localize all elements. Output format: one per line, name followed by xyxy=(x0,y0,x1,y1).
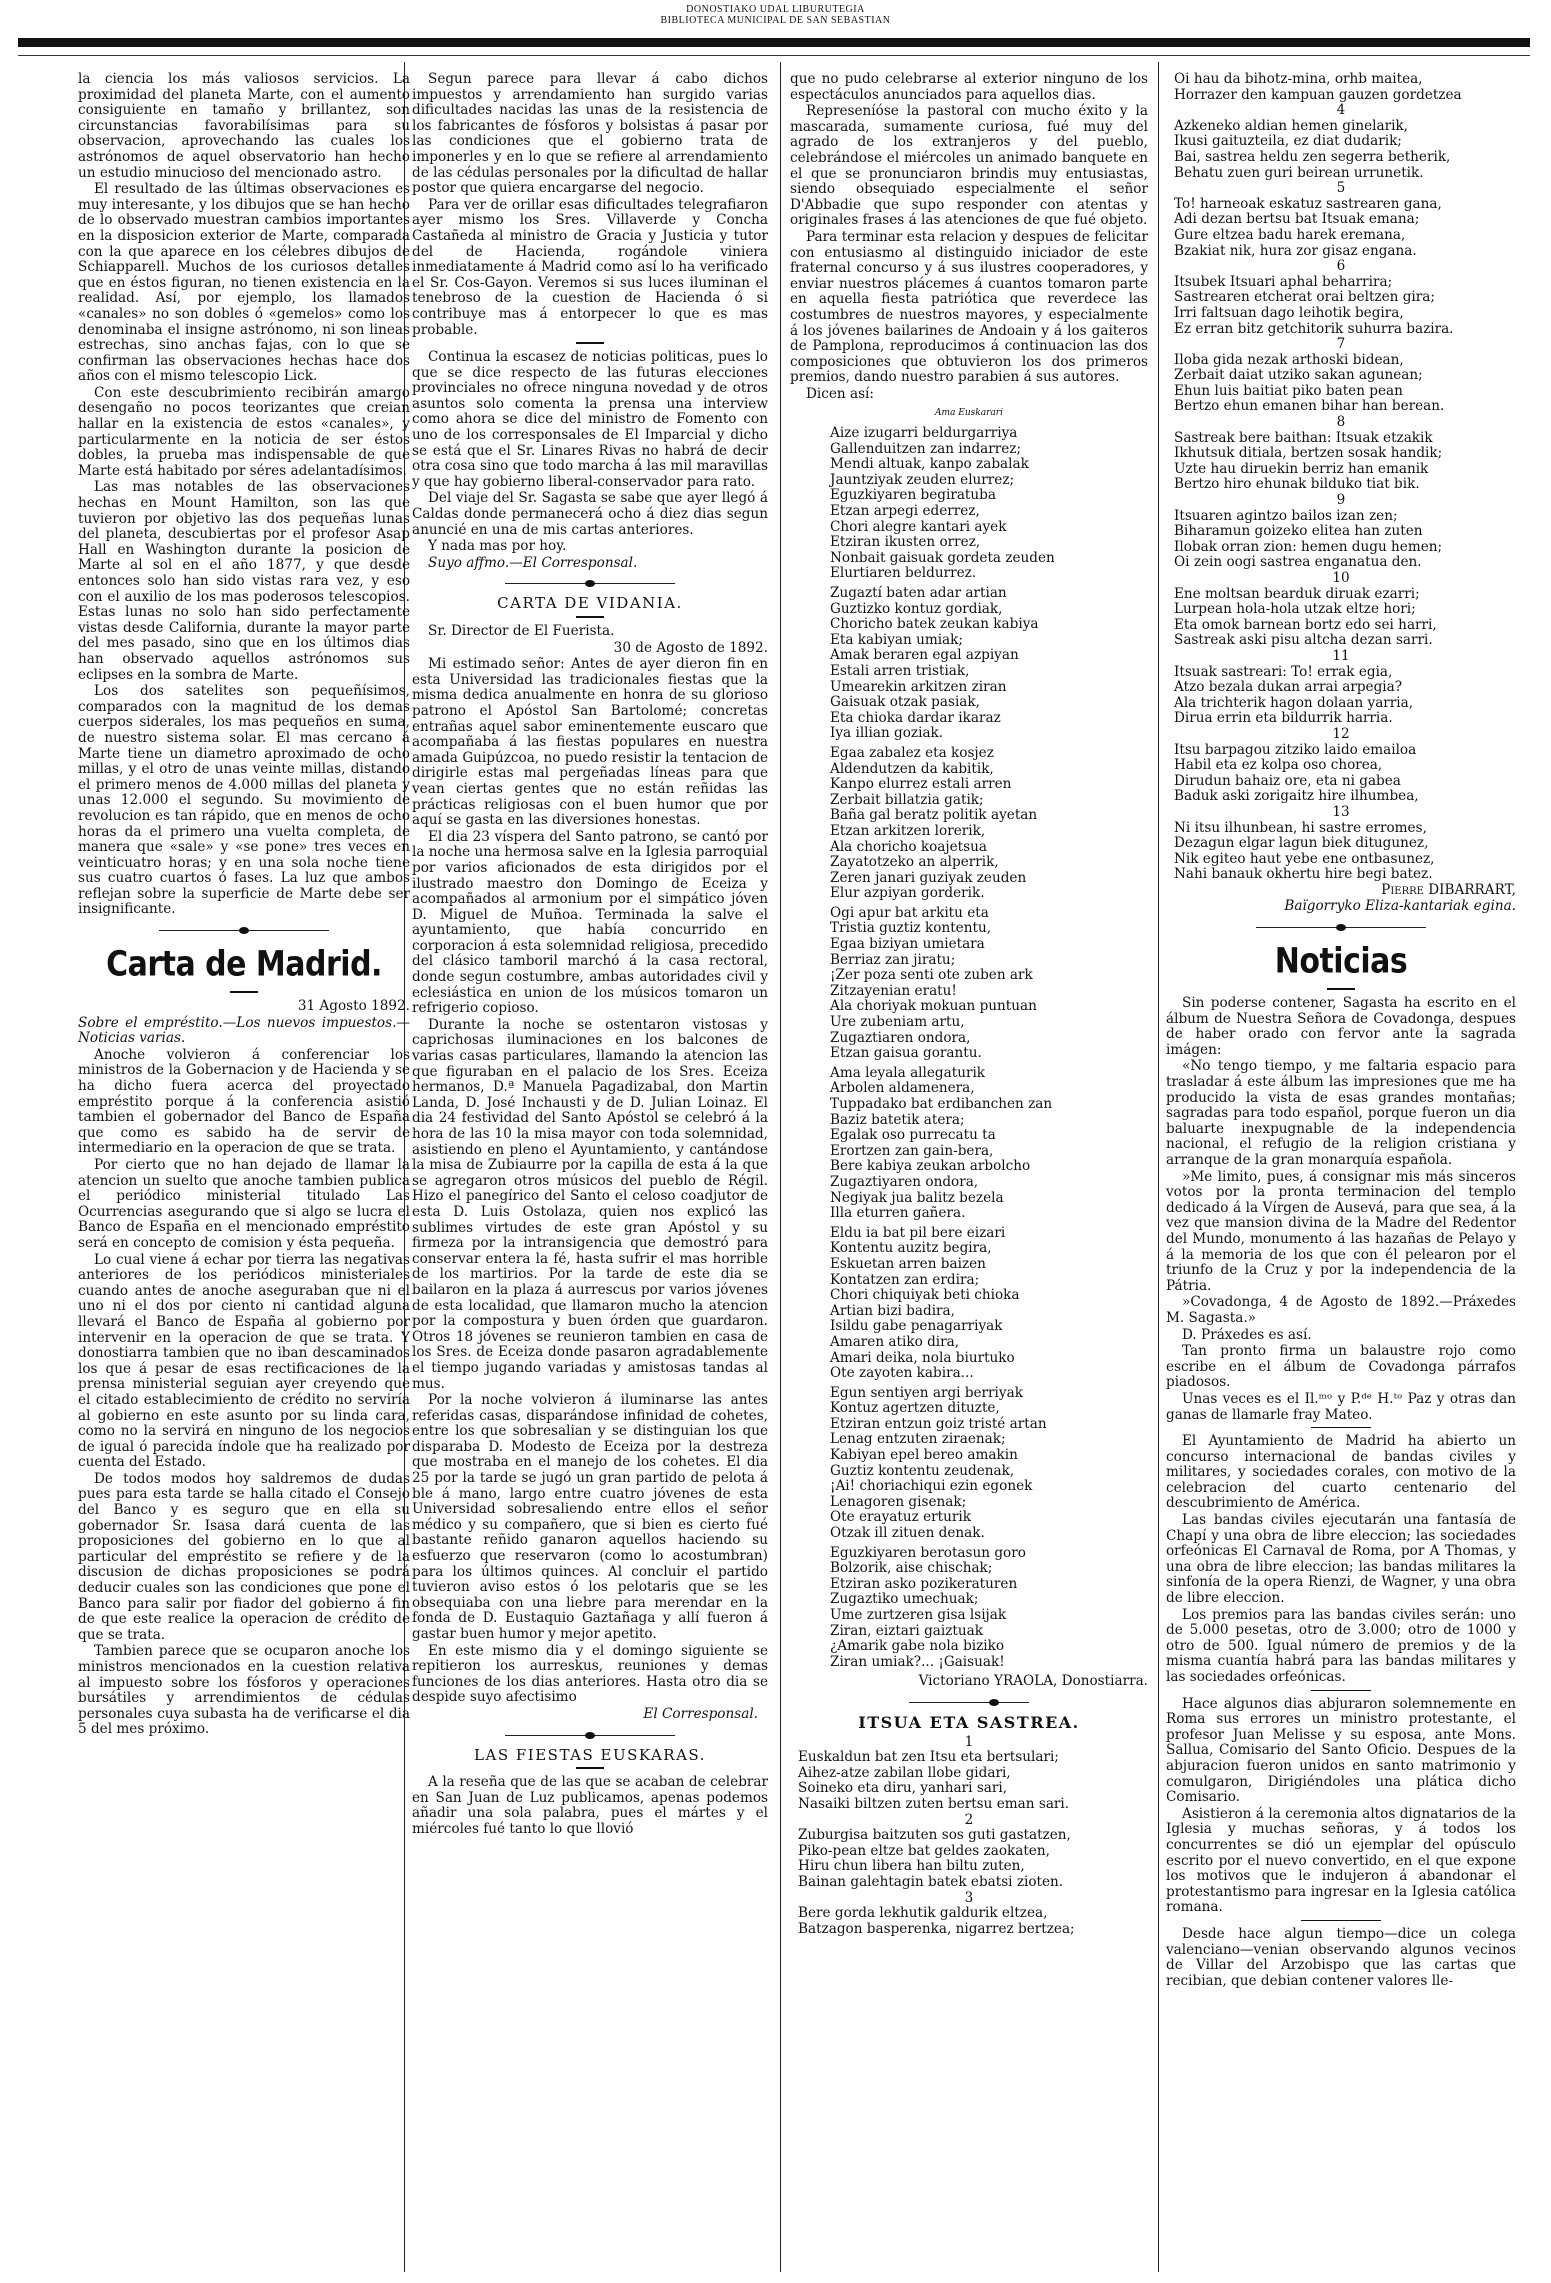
poem-line: Elurtiaren beldurrez. xyxy=(790,566,1148,582)
poem-line: Adi dezan bertsu bat Itsuak emana; xyxy=(1166,212,1516,228)
poem-line: ¿Amarik gabe nola biziko xyxy=(790,1639,1148,1655)
poem-line: Ala choricho koajetsua xyxy=(790,840,1148,856)
short-rule xyxy=(576,342,604,344)
poem-line: Batzagon basperenka, nigarrez bertzea; xyxy=(790,1922,1148,1938)
poem-line: Atzo bezala dukan arrai arpegia? xyxy=(1166,680,1516,696)
poem-line: Ikusi gaituzteila, ez diat dudarik; xyxy=(1166,134,1516,150)
poem-line: Etziran entzun goiz tristé artan xyxy=(790,1417,1148,1433)
poem-line: Zitzayenian eratu! xyxy=(790,984,1148,1000)
poem-line: Baña gal beratz politik ayetan xyxy=(790,808,1148,824)
ornament-divider xyxy=(1256,927,1426,928)
poem-line: Chori alegre kantari ayek xyxy=(790,520,1148,536)
poem-itsua-eta-sastrea-continued: Oi hau da bihotz-mina, orhb maitea,Horra… xyxy=(1166,72,1516,883)
poem-line: Ala trichterik hagon dolaan yarria, xyxy=(1166,696,1516,712)
ornament-divider xyxy=(159,930,329,931)
paragraph: que no pudo celebrarse al exterior ningu… xyxy=(790,72,1148,103)
stanza-number: 11 xyxy=(1166,649,1516,665)
poem-line: Bainan galehtagin batek ebatsi zioten. xyxy=(790,1875,1148,1891)
paragraph: »Covadonga, 4 de Agosto de 1892.—Práxede… xyxy=(1166,1295,1516,1326)
paragraph: Por cierto que no han dejado de llamar l… xyxy=(78,1158,410,1252)
paragraph: Con este descubrimiento recibirán amargo… xyxy=(78,386,410,480)
poem-line: Amaren atiko dira, xyxy=(790,1335,1148,1351)
paragraph: Para ver de orillar esas dificultades te… xyxy=(412,198,768,338)
short-rule xyxy=(1301,1920,1381,1921)
paragraph: Tambien parece que se ocuparon anoche lo… xyxy=(78,1644,410,1738)
poem-heading-itsua-eta-sastrea: ITSUA ETA SASTREA. xyxy=(790,1715,1148,1731)
poem-line: Etzan gaisua gorantu. xyxy=(790,1046,1148,1062)
poem-line: Dezagun elgar lagun biek ditugunez, xyxy=(1166,836,1516,852)
stanza-number: 5 xyxy=(1166,181,1516,197)
poem-line: Eldu ia bat pil bere eizari xyxy=(790,1226,1148,1242)
archive-name-basque: DONOSTIAKO UDAL LIBURUTEGIA xyxy=(0,4,1551,15)
poem-line: Tristia guztiz kontentu, xyxy=(790,921,1148,937)
poem-line: Egalak oso purrecatu ta xyxy=(790,1128,1148,1144)
poem-line: Oi zein oogi sastrea enganatua den. xyxy=(1166,555,1516,571)
ornament-divider xyxy=(909,1702,1029,1703)
paragraph: la ciencia los más valiosos servicios. L… xyxy=(78,72,410,181)
poem-line: Etziran ikusten orrez, xyxy=(790,535,1148,551)
poem-line: Zerbait daiat utziko sakan agunean; xyxy=(1166,368,1516,384)
paragraph: El dia 23 víspera del Santo patrono, se … xyxy=(412,830,768,1017)
poem-line: Ni itsu ilhunbean, hi sastre erromes, xyxy=(1166,821,1516,837)
poem-line: Jauntziyak zeuden elurrez; xyxy=(790,473,1148,489)
poem-line: Ogi apur bat arkitu eta xyxy=(790,906,1148,922)
poem-line: Habil eta ez kolpa oso chorea, xyxy=(1166,758,1516,774)
poem-line: Ehun luis baitiat piko baten pean xyxy=(1166,384,1516,400)
poem-line: Artian bizi badira, xyxy=(790,1304,1148,1320)
poem-line: Ote zayoten kabira... xyxy=(790,1366,1148,1382)
poem-line: Berriaz zan jiratu; xyxy=(790,953,1148,969)
poem-line: Chori chiquiyak beti chioka xyxy=(790,1288,1148,1304)
poem-line: Azkeneko aldian hemen ginelarik, xyxy=(1166,119,1516,135)
poem-line: Zayatotzeko an alperrik, xyxy=(790,855,1148,871)
poem-line: Amak beraren egal azpiyan xyxy=(790,648,1148,664)
paragraph: Dicen así: xyxy=(790,387,1148,403)
ornament-divider xyxy=(505,583,675,584)
dateline: 30 de Agosto de 1892. xyxy=(412,641,768,657)
poem-line: Piko-pean eltze bat geldes zaokaten, xyxy=(790,1844,1148,1860)
paragraph: Lo cual viene á echar por tierra las neg… xyxy=(78,1253,410,1471)
poem-line: Ala choriyak mokuan puntuan xyxy=(790,999,1148,1015)
stanza-number: 3 xyxy=(790,1891,1148,1907)
poem-line: Etzan arkitzen lorerik, xyxy=(790,824,1148,840)
poem-line: Horrazer den kampuan gauzen gordetzea xyxy=(1166,88,1516,104)
dateline: 31 Agosto 1892. xyxy=(78,999,410,1015)
poem-line: Bere kabiya zeukan arbolcho xyxy=(790,1159,1148,1175)
paragraph: Sin poderse contener, Sagasta ha escrito… xyxy=(1166,996,1516,1058)
poem-line: Zeren janari guziyak zeuden xyxy=(790,871,1148,887)
article-heading-fiestas-euskaras: LAS FIESTAS EUSKARAS. xyxy=(412,1748,768,1764)
poem-line: Oi hau da bihotz-mina, orhb maitea, xyxy=(1166,72,1516,88)
header-thick-rule xyxy=(18,38,1530,47)
archive-masthead: DONOSTIAKO UDAL LIBURUTEGIA BIBLIOTECA M… xyxy=(0,4,1551,26)
poem-line: Aldendutzen da kabitik, xyxy=(790,762,1148,778)
article-summary: Sobre el empréstito.—Los nuevos impuesto… xyxy=(78,1016,410,1047)
poem-line: Sastrearen etcherat orai beltzen gira; xyxy=(1166,290,1516,306)
article-heading-carta-de-madrid: Carta de Madrid. xyxy=(78,942,410,988)
ornament-divider xyxy=(505,1735,675,1736)
stanza-number: 12 xyxy=(1166,727,1516,743)
poem-line: Kontuz agertzen dituzte, xyxy=(790,1401,1148,1417)
poem-line: Lenag entzuten ziraenak; xyxy=(790,1432,1148,1448)
poem-author: Pierre DIBARRART, xyxy=(1166,883,1516,899)
poem-line: Itsubek Itsuari aphal beharrira; xyxy=(1166,275,1516,291)
poem-line: Sastreak aski pisu altcha dezan sarri. xyxy=(1166,633,1516,649)
stanza-number: 9 xyxy=(1166,493,1516,509)
poem-line: Elur azpiyan gorderik. xyxy=(790,886,1148,902)
poem-line: Ene moltsan bearduk diruak ezarri; xyxy=(1166,587,1516,603)
poem-line: Negiyak jua balitz bezela xyxy=(790,1191,1148,1207)
poem-line: Bai, sastrea heldu zen segerra betherik, xyxy=(1166,150,1516,166)
signature: El Corresponsal. xyxy=(412,1707,768,1723)
poem-line: Iya illian goziak. xyxy=(790,726,1148,742)
poem-line: Lurpean hola-hola utzak eltze hori; xyxy=(1166,602,1516,618)
poem-line: Lenagoren gisenak; xyxy=(790,1495,1148,1511)
paragraph: Las mas notables de las observaciones he… xyxy=(78,480,410,683)
short-rule xyxy=(1311,1690,1371,1691)
poem-itsua-eta-sastrea: 1Euskaldun bat zen Itsu eta bertsulari;A… xyxy=(790,1735,1148,1938)
poem-line: Behatu zuen guri beirean urrunetik. xyxy=(1166,166,1516,182)
poem-line: Choricho batek zeukan kabiya xyxy=(790,617,1148,633)
poem-ama-euskarari: Aize izugarri beldurgarriyaGallenduitzen… xyxy=(790,426,1148,1670)
paragraph: Tan pronto firma un balaustre rojo como … xyxy=(1166,1344,1516,1391)
poem-line: Zugaztiaren ondora, xyxy=(790,1031,1148,1047)
poem-line: Eguzkiyaren begiratuba xyxy=(790,488,1148,504)
poem-line: Nonbait gaisuak gordeta zeuden xyxy=(790,551,1148,567)
poem-line: Iloba gida nezak arthoski bidean, xyxy=(1166,353,1516,369)
poem-line: Mendi altuak, kanpo zabalak xyxy=(790,457,1148,473)
stanza-number: 13 xyxy=(1166,805,1516,821)
poem-line: Zuburgisa baitzuten sos guti gastatzen, xyxy=(790,1828,1148,1844)
paragraph: En este mismo dia y el domingo siguiente… xyxy=(412,1644,768,1706)
short-rule xyxy=(230,991,258,993)
salutation: Sr. Director de El Fuerista. xyxy=(412,624,768,640)
stanza-number: 10 xyxy=(1166,571,1516,587)
poem-line: Erortzen zan gain-bera, xyxy=(790,1144,1148,1160)
poem-author: Victoriano YRAOLA, Donostiarra. xyxy=(790,1674,1148,1690)
paragraph: Unas veces es el Il.ᵐᵒ y P.ᵈᵉ H.ᵗᵒ Paz y… xyxy=(1166,1392,1516,1423)
poem-line: Bere gorda lekhutik galdurik eltzea, xyxy=(790,1906,1148,1922)
paragraph: Segun parece para llevar á cabo dichos i… xyxy=(412,72,768,197)
poem-line: Bertzo hiro ehunak bilduko tiat bik. xyxy=(1166,477,1516,493)
column-1: la ciencia los más valiosos servicios. L… xyxy=(78,72,410,1739)
stanza-number: 6 xyxy=(1166,259,1516,275)
signature: Suyo affmo.—El Corresponsal. xyxy=(412,556,768,572)
paragraph: Del viaje del Sr. Sagasta se sabe que ay… xyxy=(412,491,768,538)
poem-line: Euskaldun bat zen Itsu eta bertsulari; xyxy=(790,1750,1148,1766)
poem-line: Dirudun bahaiz ore, eta ni gabea xyxy=(1166,774,1516,790)
stanza-number: 1 xyxy=(790,1735,1148,1751)
paragraph: Asistieron á la ceremonia altos dignatar… xyxy=(1166,1807,1516,1916)
paragraph: Durante la noche se ostentaron vistosas … xyxy=(412,1018,768,1392)
poem-title: Ama Euskarari xyxy=(790,406,1148,422)
short-rule xyxy=(576,616,604,618)
article-heading-carta-de-vidania: CARTA DE VIDANIA. xyxy=(412,596,768,612)
short-rule xyxy=(1327,988,1355,990)
poem-line: Dirua errin eta bildurrik harria. xyxy=(1166,711,1516,727)
paragraph: Por la noche volvieron á iluminarse las … xyxy=(412,1393,768,1643)
poem-line: Ume zurtzeren gisa lsijak xyxy=(790,1608,1148,1624)
poem-line: Guztizko kontuz gordiak, xyxy=(790,602,1148,618)
poem-line: Hiru chun libera han biltu zuten, xyxy=(790,1859,1148,1875)
poem-line: Ure zubeniam artu, xyxy=(790,1015,1148,1031)
poem-line: Eta chioka dardar ikaraz xyxy=(790,711,1148,727)
poem-line: Bzakiat nik, hura zor gisaz engana. xyxy=(1166,244,1516,260)
header-thin-rule xyxy=(18,55,1530,56)
paragraph: Represeníóse la pastoral con mucho éxito… xyxy=(790,104,1148,229)
poem-line: Aize izugarri beldurgarriya xyxy=(790,426,1148,442)
paragraph: El Ayuntamiento de Madrid ha abierto un … xyxy=(1166,1434,1516,1512)
short-rule xyxy=(1311,1427,1371,1428)
column-divider xyxy=(1158,62,1159,2272)
poem-author-note: Baïgorryko Eliza-kantariak egina. xyxy=(1166,899,1516,915)
stanza-number: 8 xyxy=(1166,415,1516,431)
poem-line: Egaa zabalez eta kosjez xyxy=(790,746,1148,762)
poem-line: Ilobak orran zion: hemen dugu hemen; xyxy=(1166,540,1516,556)
column-4: Oi hau da bihotz-mina, orhb maitea,Horra… xyxy=(1166,72,1516,1990)
paragraph: Desde hace algun tiempo—dice un colega v… xyxy=(1166,1927,1516,1989)
paragraph: Los premios para las bandas civiles será… xyxy=(1166,1608,1516,1686)
column-2: Segun parece para llevar á cabo dichos i… xyxy=(412,72,768,1839)
paragraph: Y nada mas por hoy. xyxy=(412,539,768,555)
poem-line: Arbolen aldamenera, xyxy=(790,1081,1148,1097)
paragraph: »Me limito, pues, á consignar mis más si… xyxy=(1166,1170,1516,1295)
poem-line: Uzte hau diruekin berriz han emanik xyxy=(1166,462,1516,478)
poem-line: Illa eturren gañera. xyxy=(790,1206,1148,1222)
poem-line: Nik egiteo haut yebe ene ontbasunez, xyxy=(1166,852,1516,868)
paragraph: Los dos satelites son pequeñísimos, comp… xyxy=(78,684,410,918)
paragraph: Para terminar esta relacion y despues de… xyxy=(790,230,1148,386)
poem-line: Aihez-atze zabilan llobe gidari, xyxy=(790,1766,1148,1782)
section-heading-noticias: Noticias xyxy=(1166,939,1516,985)
poem-line: Itsuaren agintzo bailos izan zen; xyxy=(1166,509,1516,525)
poem-line: Ziran, eiztari gaiztuak xyxy=(790,1624,1148,1640)
poem-line: Eguzkiyaren berotasun goro xyxy=(790,1546,1148,1562)
poem-line: Ziran umiak?... ¡Gaisuak! xyxy=(790,1655,1148,1671)
poem-line: Ama leyala allegaturik xyxy=(790,1066,1148,1082)
poem-line: Umearekin arkitzen ziran xyxy=(790,680,1148,696)
poem-line: Itsuak sastreari: To! errak egia, xyxy=(1166,665,1516,681)
paragraph: D. Práxedes es así. xyxy=(1166,1328,1516,1344)
paragraph: Mi estimado señor: Antes de ayer dieron … xyxy=(412,657,768,829)
poem-line: Bolzorik, aise chischak; xyxy=(790,1561,1148,1577)
poem-line: Kontentu auzitz begira, xyxy=(790,1241,1148,1257)
paragraph: Hace algunos dias abjuraron solemnemente… xyxy=(1166,1697,1516,1806)
stanza-number: 4 xyxy=(1166,103,1516,119)
poem-line: Zugaztiyaren ondora, xyxy=(790,1175,1148,1191)
poem-line: Isildu gabe penagarriyak xyxy=(790,1319,1148,1335)
column-3: que no pudo celebrarse al exterior ningu… xyxy=(790,72,1148,1937)
poem-line: Itsu barpagou zitziko laido emailoa xyxy=(1166,743,1516,759)
poem-line: Zugaztí baten adar artian xyxy=(790,586,1148,602)
poem-line: Zugaztiko umechuak; xyxy=(790,1592,1148,1608)
poem-line: Baduk aski zorigaitz hire ilhumbea, xyxy=(1166,789,1516,805)
archive-name-spanish: BIBLIOTECA MUNICIPAL DE SAN SEBASTIAN xyxy=(0,15,1551,26)
poem-line: Soineko eta diru, yanhari sari, xyxy=(790,1781,1148,1797)
stanza-number: 2 xyxy=(790,1813,1148,1829)
short-rule xyxy=(576,1767,604,1769)
poem-line: To! harneoak eskatuz sastrearen gana, xyxy=(1166,197,1516,213)
poem-line: Bertzo ehun emanen bihar han berean. xyxy=(1166,399,1516,415)
poem-line: Biharamun goizeko elitea han zuten xyxy=(1166,524,1516,540)
paragraph: A la reseña que de las que se acaban de … xyxy=(412,1775,768,1837)
poem-line: Baziz batetik atera; xyxy=(790,1113,1148,1129)
poem-line: Amari deika, nola biurtuko xyxy=(790,1351,1148,1367)
poem-line: Ikhutsuk ditiala, bertzen sosak handik; xyxy=(1166,446,1516,462)
poem-line: Etziran asko pozikeraturen xyxy=(790,1577,1148,1593)
poem-line: Eskuetan arren baizen xyxy=(790,1257,1148,1273)
poem-line: Kabiyan epel bereo amakin xyxy=(790,1448,1148,1464)
column-divider xyxy=(780,62,781,2272)
poem-line: Sastreak bere baithan: Itsuak etzakik xyxy=(1166,431,1516,447)
poem-line: Guztiz kontentu zeudenak, xyxy=(790,1464,1148,1480)
poem-line: ¡Ai! choriachiqui ezin egonek xyxy=(790,1479,1148,1495)
poem-line: Gure eltzea badu harek eremana, xyxy=(1166,228,1516,244)
poem-line: Ote erayatuz erturik xyxy=(790,1510,1148,1526)
poem-line: Kontatzen zan erdira; xyxy=(790,1273,1148,1289)
poem-line: Tuppadako bat erdibanchen zan xyxy=(790,1097,1148,1113)
poem-line: Ez erran bitz getchitorik suhurra bazira… xyxy=(1166,322,1516,338)
stanza-number: 7 xyxy=(1166,337,1516,353)
poem-line: Irri faltsuan dago leihotik begira, xyxy=(1166,306,1516,322)
poem-line: Egun sentiyen argi berriyak xyxy=(790,1386,1148,1402)
poem-line: Egaa biziyan umietara xyxy=(790,937,1148,953)
paragraph: Continua la escasez de noticias politica… xyxy=(412,350,768,490)
poem-line: Gaisuak otzak pasiak, xyxy=(790,695,1148,711)
paragraph: Anoche volvieron á conferenciar los mini… xyxy=(78,1048,410,1157)
poem-line: Estali arren tristiak, xyxy=(790,664,1148,680)
paragraph: El resultado de las últimas observacione… xyxy=(78,182,410,385)
poem-line: Eta kabiyan umiak; xyxy=(790,633,1148,649)
poem-line: ¡Zer poza senti ote zuben ark xyxy=(790,968,1148,984)
poem-line: Nahi banauk okhertu hire begi batez. xyxy=(1166,867,1516,883)
poem-line: Gallenduitzen zan indarrez; xyxy=(790,442,1148,458)
poem-line: Kanpo elurrez estali arren xyxy=(790,777,1148,793)
paragraph: Las bandas civiles ejecutarán una fantas… xyxy=(1166,1513,1516,1607)
poem-line: Zerbait billatzia gatik; xyxy=(790,793,1148,809)
poem-line: Nasaiki biltzen zuten bertsu eman sari. xyxy=(790,1797,1148,1813)
poem-line: Etzan arpegi ederrez, xyxy=(790,504,1148,520)
paragraph: «No tengo tiempo, y me faltaria espacio … xyxy=(1166,1059,1516,1168)
paragraph: De todos modos hoy saldremos de dudas pu… xyxy=(78,1472,410,1644)
poem-line: Eta omok barnean bortz edo sei harri, xyxy=(1166,618,1516,634)
poem-line: Otzak ill zituen denak. xyxy=(790,1526,1148,1542)
